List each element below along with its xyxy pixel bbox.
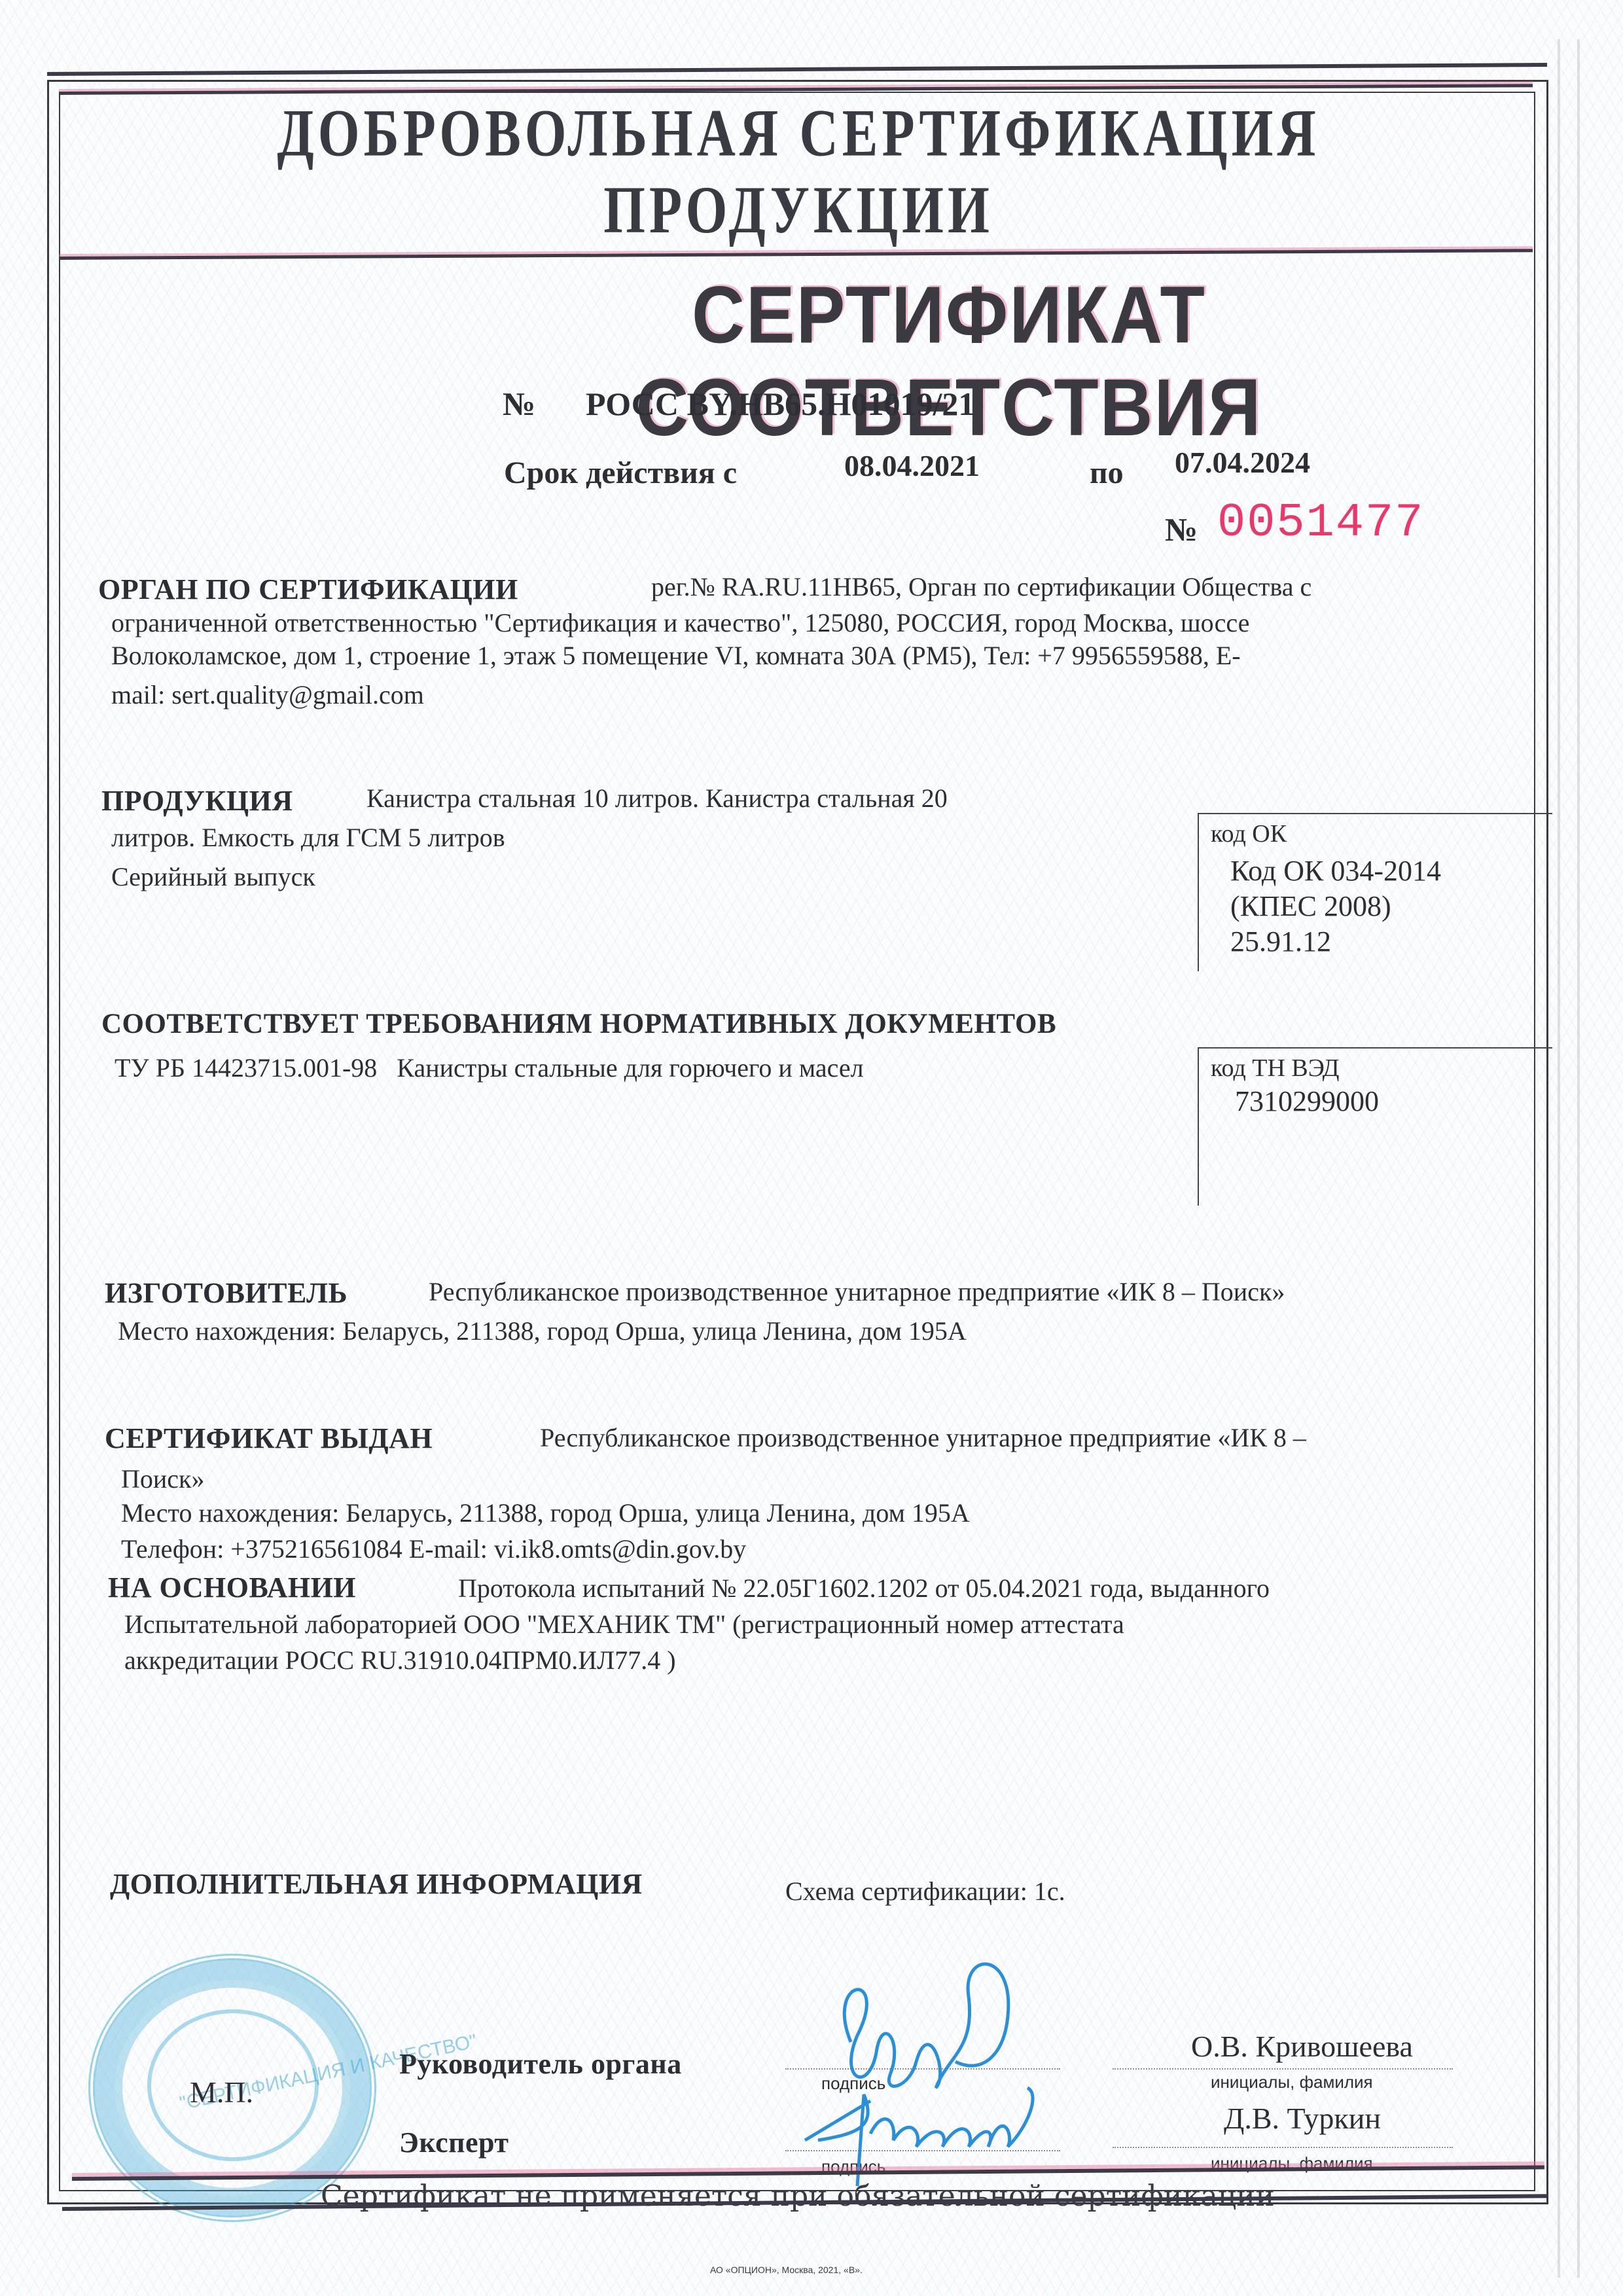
validity-label: Срок действия с [504,455,737,491]
additional-info-label: ДОПОЛНИТЕЛЬНАЯ ИНФОРМАЦИЯ [110,1867,643,1901]
product-label: ПРОДУКЦИЯ [101,784,293,817]
ok-code-value: 25.91.12 [1230,923,1331,961]
tnved-code-value: 7310299000 [1235,1083,1379,1121]
scan-fold-line [1558,39,1560,2278]
valid-to-date: 07.04.2024 [1175,445,1310,480]
blank-number-sign: № [1165,511,1198,548]
manufacturer-label: ИЗГОТОВИТЕЛЬ [105,1276,348,1310]
product-line: литров. Емкость для ГСМ 5 литров [111,817,505,859]
voluntary-certification-title: ДОБРОВОЛЬНАЯ СЕРТИФИКАЦИЯ ПРОДУКЦИИ [157,95,1440,249]
compliance-document: ТУ РБ 14423715.001-98 Канистры стальные … [115,1047,864,1089]
expert-name: Д.В. Туркин [1224,2101,1381,2136]
certification-scheme: Схема сертификации: 1с. [785,1871,1065,1912]
certificate-title: СЕРТИФИКАТ СООТВЕТСТВИЯ [419,268,1479,454]
blank-serial-number: 0051477 [1217,496,1424,550]
valid-to-label: по [1090,455,1124,491]
head-name-line [1113,2068,1453,2070]
certificate-number: РОСС BY.HB65.H01019/21 [586,385,974,423]
printer-imprint: АО «ОПЦИОН», Москва, 2021, «В». [710,2265,863,2275]
seal-place-label: М.П. [190,2075,253,2109]
ok-code-label: код ОК [1211,819,1287,848]
mandatory-certification-disclaimer: Сертификат не применяется при обязательн… [321,2179,1275,2213]
basis-accreditation: аккредитации РОСС RU.31910.04ПРМ0.ИЛ77.4… [124,1640,676,1681]
expert-label: Эксперт [399,2126,509,2159]
name-caption: инициалы, фамилия [1211,2072,1373,2092]
number-sign: № [503,385,535,423]
certification-body-label: ОРГАН ПО СЕРТИФИКАЦИИ [98,573,518,606]
head-of-body-name: О.В. Кривошеева [1191,2029,1413,2064]
handwritten-signature-icon [779,1937,1145,2199]
issued-to-label: СЕРТИФИКАТ ВЫДАН [105,1422,433,1455]
basis-label: НА ОСНОВАНИИ [108,1571,356,1604]
issued-to-name: Республиканское производственное унитарн… [540,1417,1306,1459]
ok-code-line: (КПЕС 2008) [1230,888,1391,925]
tnved-code-box: код ТН ВЭД 7310299000 [1198,1047,1552,1206]
expert-name-line [1113,2147,1453,2148]
tnved-code-label: код ТН ВЭД [1211,1054,1340,1083]
manufacturer-name: Республиканское производственное унитарн… [429,1271,1285,1313]
certification-body-line: Волоколамское, дом 1, строение 1, этаж 5… [111,635,1241,677]
frame-rule-top [47,63,1547,76]
valid-from-date: 08.04.2021 [844,448,980,483]
compliance-label: СООТВЕТСТВУЕТ ТРЕБОВАНИЯМ НОРМАТИВНЫХ ДО… [101,1008,1056,1040]
ok-code-line: Код ОК 034-2014 [1230,852,1441,890]
issued-to-contacts: Телефон: +375216561084 E-mail: vi.ik8.om… [121,1528,746,1570]
manufacturer-address: Место нахождения: Беларусь, 211388, горо… [118,1310,967,1352]
product-serial: Серийный выпуск [111,856,315,898]
scan-fold-line [1577,39,1580,2278]
product-line: Канистра стальная 10 литров. Канистра ст… [366,778,948,819]
ok-code-box: код ОК Код ОК 034-2014 (КПЕС 2008) 25.91… [1198,813,1552,971]
head-of-body-label: Руководитель органа [399,2047,682,2081]
certification-body-email: mail: sert.quality@gmail.com [111,674,424,716]
